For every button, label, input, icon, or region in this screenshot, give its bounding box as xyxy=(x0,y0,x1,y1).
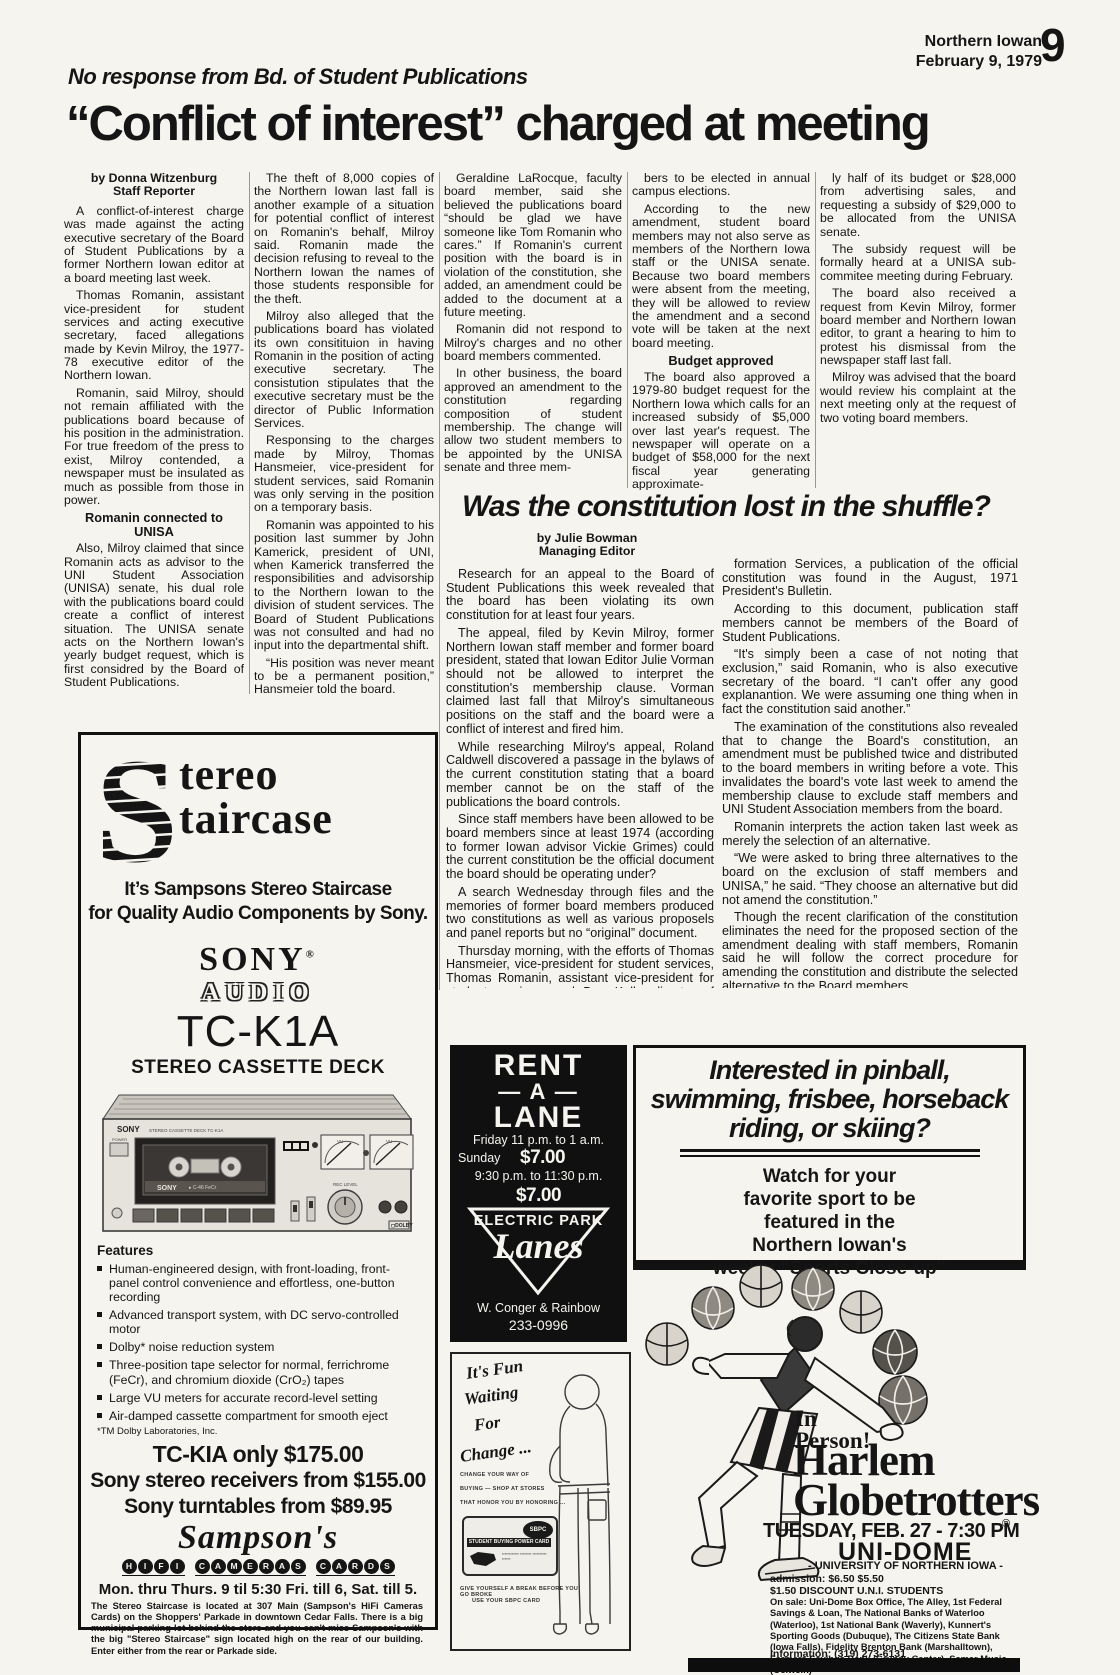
svg-text:VU: VU xyxy=(337,1139,343,1144)
paragraph: Geraldine LaRocque, faculty board member… xyxy=(444,172,622,319)
paragraph: “We were asked to bring three alternativ… xyxy=(722,852,1018,907)
article2-colB: formation Services, a publication of the… xyxy=(722,558,1018,988)
features-list: Features Human-engineered design, with f… xyxy=(97,1243,419,1438)
column-rule xyxy=(249,172,250,694)
paragraph: bers to be elected in annual campus elec… xyxy=(632,172,810,199)
sbpc-footer-1: GIVE YOURSELF A BREAK BEFORE YOU GO BROK… xyxy=(460,1586,580,1598)
hook-line-1: It's Fun xyxy=(465,1356,524,1384)
sports-body-3: featured in the xyxy=(636,1211,1023,1234)
model-name: TC-K1A xyxy=(81,1007,435,1057)
paragraph: Romanin interprets the action taken last… xyxy=(722,821,1018,848)
subhead: Romanin connected to UNISA xyxy=(64,511,244,539)
feature-item: Three-position tape selector for normal,… xyxy=(97,1358,419,1386)
paragraph: According to this document, publication … xyxy=(722,603,1018,644)
paragraph: The examination of the constitutions als… xyxy=(722,721,1018,817)
double-rule xyxy=(680,1149,980,1157)
sbpc-card: SBPC STUDENT BUYING POWER CARD ▪▪▪▪▪▪▪▪▪… xyxy=(462,1516,558,1576)
hook-line-2: Waiting xyxy=(463,1382,520,1409)
sports-closeup-ad: Interested in pinball, swimming, frisbee… xyxy=(633,1045,1026,1270)
feature-item: Large VU meters for accurate record-leve… xyxy=(97,1391,419,1405)
paragraph: formation Services, a publication of the… xyxy=(722,558,1018,599)
sbpc-copy-2: BUYING — SHOP AT STORES xyxy=(460,1486,545,1492)
paragraph: ly half of its budget or $28,000 from ad… xyxy=(820,172,1016,239)
ad-tagline-2: for Quality Audio Components by Sony. xyxy=(81,903,435,925)
product-name: STEREO CASSETTE DECK xyxy=(81,1057,435,1079)
article1-col1: by Donna WitzenburgStaff Reporter A conf… xyxy=(64,172,244,696)
paragraph: The subsidy request will be formally hea… xyxy=(820,243,1016,283)
store-fine-print: The Stereo Staircase is located at 307 M… xyxy=(91,1601,423,1657)
card-fine-lines: ▪▪▪▪▪▪▪▪▪▪▪▪ ▪▪▪▪▪▪▪▪ ▪▪▪▪▪▪▪▪▪▪ ▪▪▪▪▪▪ xyxy=(502,1551,550,1567)
article2-headline: Was the constitution lost in the shuffle… xyxy=(462,490,1022,524)
paragraph: Responsing to the charges made by Milroy… xyxy=(254,434,434,514)
paragraph: In other business, the board approved an… xyxy=(444,367,622,474)
gt-venue-sub: - UNIVERSITY OF NORTHERN IOWA - xyxy=(808,1560,1003,1572)
paragraph: The appeal, filed by Kevin Milroy, forme… xyxy=(446,627,714,737)
electric-park-lanes-ad: RENT — A — LANE Friday 11 p.m. to 1 a.m.… xyxy=(450,1045,627,1342)
sbpc-card-title: STUDENT BUYING POWER CARD xyxy=(467,1538,551,1547)
paragraph: The board also approved a 1979-80 budget… xyxy=(632,371,810,490)
ad-bottom-bar xyxy=(688,1658,1020,1672)
byline: by Donna WitzenburgStaff Reporter xyxy=(64,172,244,199)
svg-text:SONY: SONY xyxy=(157,1185,177,1192)
sbpc-ad: It's Fun Waiting For Change ... CHANGE xyxy=(450,1352,631,1651)
dolby-footnote: *TM Dolby Laboratories, Inc. xyxy=(97,1427,419,1438)
rent-line: RENT xyxy=(450,1051,627,1081)
sunday-label: Sunday xyxy=(458,1151,500,1165)
sports-body-1: Watch for your xyxy=(636,1165,1023,1188)
stereo-staircase-logo-icon: S xyxy=(99,743,179,873)
price-turntables: Sony turntables from $89.95 xyxy=(81,1495,435,1519)
svg-text:REC LEVEL: REC LEVEL xyxy=(333,1182,358,1187)
sunday-hours: 9:30 p.m. to 11:30 p.m. xyxy=(450,1169,627,1183)
feature-item: Dolby* noise reduction system xyxy=(97,1340,419,1354)
sampsons-ad: S tereo taircase It’s Sampsons Stereo St… xyxy=(78,732,438,1630)
feature-item: Air-damped cassette compartment for smoo… xyxy=(97,1409,419,1423)
feature-item: Advanced transport system, with DC servo… xyxy=(97,1308,419,1336)
page-number: 9 xyxy=(1040,18,1064,72)
price-1: $7.00 xyxy=(520,1147,565,1169)
svg-text:POWER: POWER xyxy=(112,1137,127,1142)
venue-phone: 233-0996 xyxy=(450,1317,627,1333)
paragraph: Romanin was appointed to his position la… xyxy=(254,519,434,653)
sports-headline-2: swimming, frisbee, horseback xyxy=(636,1085,1023,1114)
paragraph: Milroy also alleged that the publication… xyxy=(254,310,434,431)
logo-word-taircase: taircase xyxy=(179,801,333,837)
feature-item: Human-engineered design, with front-load… xyxy=(97,1262,419,1304)
article2-byline: by Julie BowmanManaging Editor xyxy=(462,532,712,564)
price-deck: TC-KIA only $175.00 xyxy=(81,1441,435,1468)
price-2: $7.00 xyxy=(450,1185,627,1207)
sbpc-copy-3: THAT HONOR YOU BY HONORING ... xyxy=(460,1500,566,1506)
kicker: No response from Bd. of Student Publicat… xyxy=(68,64,528,90)
svg-text:VU: VU xyxy=(386,1139,392,1144)
hook-line-4: Change ... xyxy=(459,1437,533,1467)
friday-hours: Friday 11 p.m. to 1 a.m. xyxy=(450,1133,627,1147)
subhead: Budget approved xyxy=(632,354,810,368)
sony-logo: SONY® xyxy=(81,941,435,979)
features-title: Features xyxy=(97,1243,419,1259)
paragraph: Since staff members have been allowed to… xyxy=(446,813,714,882)
price-receivers: Sony stereo receivers from $155.00 xyxy=(81,1469,435,1493)
store-hours: Mon. thru Thurs. 9 til 5:30 Fri. till 6,… xyxy=(81,1581,435,1598)
paragraph: Though the recent clarification of the c… xyxy=(722,911,1018,988)
sports-body-4: Northern Iowan's xyxy=(636,1234,1023,1257)
paragraph: Research for an appeal to the Board of S… xyxy=(446,568,714,623)
hook-line-3: For xyxy=(473,1412,502,1435)
svg-text:◻DOLBY: ◻DOLBY xyxy=(391,1223,413,1229)
main-headline: “Conflict of interest” charged at meetin… xyxy=(66,96,1046,152)
venue-script: Lanes xyxy=(450,1225,627,1267)
sbpc-footer-2: USE YOUR SBPC CARD xyxy=(472,1598,592,1604)
paper-name: Northern Iowan xyxy=(916,32,1042,52)
paragraph: While researching Milroy's appeal, Rolan… xyxy=(446,741,714,810)
sony-audio-logo: AUDIO xyxy=(81,979,435,1007)
ad-tagline-1: It’s Sampsons Stereo Staircase xyxy=(81,879,435,901)
paragraph: The theft of 8,000 copies of the Norther… xyxy=(254,172,434,306)
sports-body-2: favorite sport to be xyxy=(636,1188,1023,1211)
column-rule xyxy=(627,172,628,488)
venue-address: W. Conger & Rainbow xyxy=(450,1301,627,1315)
paragraph: Also, Milroy claimed that since Romanin … xyxy=(64,542,244,689)
paragraph: Romanin did not respond to Milroy's char… xyxy=(444,323,622,363)
card-map-icon xyxy=(468,1550,498,1568)
paragraph: Romanin, said Milroy, should not remain … xyxy=(64,387,244,508)
paragraph: The board also received a request from K… xyxy=(820,287,1016,367)
article1-col3: Geraldine LaRocque, faculty board member… xyxy=(444,172,622,490)
lane-line: LANE xyxy=(450,1103,627,1133)
paragraph: According to the new amendment, student … xyxy=(632,203,810,350)
paragraph: “It's simply been a case of not noting t… xyxy=(722,648,1018,717)
sports-headline-3: riding, or skiing? xyxy=(636,1114,1023,1143)
paper-date: February 9, 1979 xyxy=(916,52,1042,72)
newspaper-page: Northern Iowan February 9, 1979 9 No res… xyxy=(0,0,1120,1675)
column-rule xyxy=(815,172,816,488)
paragraph: Milroy was advised that the board would … xyxy=(820,371,1016,425)
store-departments: HIFICAMERASCARDS xyxy=(81,1559,435,1576)
svg-text:SONY: SONY xyxy=(117,1125,140,1134)
paragraph: Thursday morning, with the efforts of Th… xyxy=(446,945,714,988)
gt-registered-mark: ® xyxy=(1002,1518,1010,1530)
paragraph: Thomas Romanin, assistant vice-president… xyxy=(64,289,244,383)
paragraph: “His position was never meant to be a pe… xyxy=(254,657,434,697)
article1-col5: ly half of its budget or $28,000 from ad… xyxy=(820,172,1016,490)
sbpc-card-badge: SBPC xyxy=(523,1521,553,1539)
article1-col4: bers to be elected in annual campus elec… xyxy=(632,172,810,490)
paragraph: A conflict-of-interest charge was made a… xyxy=(64,205,244,285)
cassette-deck-illustration: SONY STEREO CASSETTE DECK TC-K1A POWER S… xyxy=(93,1083,421,1241)
sbpc-copy-1: CHANGE YOUR WAY OF xyxy=(460,1472,529,1478)
article2-colA: Research for an appeal to the Board of S… xyxy=(446,568,714,988)
logo-word-tereo: tereo xyxy=(179,757,278,793)
column-rule xyxy=(439,172,440,990)
gt-name-globetrotters: Globetrotters xyxy=(793,1480,1039,1521)
article1-col2: The theft of 8,000 copies of the Norther… xyxy=(254,172,434,720)
store-name: Sampson's xyxy=(81,1519,435,1557)
svg-text:▸ C-46 FeCr: ▸ C-46 FeCr xyxy=(189,1185,217,1191)
paragraph: A search Wednesday through files and the… xyxy=(446,886,714,941)
masthead: Northern Iowan February 9, 1979 xyxy=(916,32,1042,72)
sports-headline-1: Interested in pinball, xyxy=(636,1056,1023,1085)
svg-text:STEREO CASSETTE DECK TC-K1A: STEREO CASSETTE DECK TC-K1A xyxy=(149,1128,223,1133)
